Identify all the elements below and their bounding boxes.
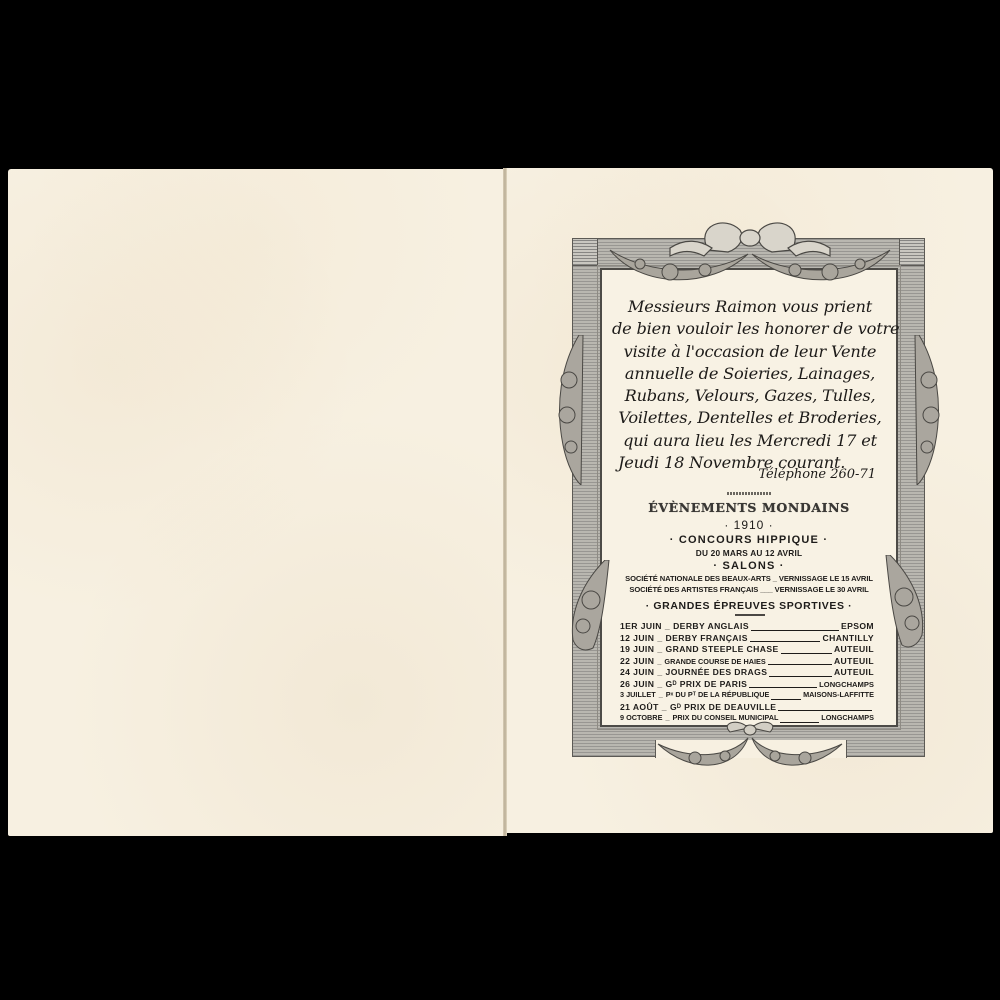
invitation-line: annuelle de Soieries, Lainages, xyxy=(612,363,888,385)
garland-ornament-bottom xyxy=(650,718,850,774)
race-name: DERBY FRANÇAIS xyxy=(666,633,748,643)
race-row: 1ER JUIN _ DERBY ANGLAIS EPSOM xyxy=(620,621,874,633)
race-dash: _ xyxy=(654,679,665,689)
race-name: Pˣ DU Pᵀ DE LA RÉPUBLIQUE xyxy=(666,690,770,699)
race-leader-line xyxy=(769,676,832,677)
race-dash: _ xyxy=(654,667,665,677)
race-place: AUTEUIL xyxy=(834,656,874,666)
concours-hippique-dates: DU 20 MARS AU 12 AVRIL xyxy=(605,548,893,558)
ornamental-divider xyxy=(727,492,771,495)
sports-title: · GRANDES ÉPREUVES SPORTIVES · xyxy=(605,600,893,612)
race-dash: _ xyxy=(654,633,665,643)
events-heading: ÉVÈNEMENTS MONDAINS xyxy=(605,500,893,515)
salon-item: SOCIÉTÉ NATIONALE DES BEAUX-ARTS _ VERNI… xyxy=(605,574,893,583)
race-place: MAISONS-LAFFITTE xyxy=(803,690,874,699)
race-leader-line xyxy=(771,699,801,700)
race-date: 9 OCTOBRE xyxy=(620,713,662,722)
left-page-blank xyxy=(8,169,503,836)
invitation-line: visite à l'occasion de leur Vente xyxy=(612,341,888,363)
race-date: 1ER JUIN xyxy=(620,621,662,631)
race-date: 21 AOÛT xyxy=(620,702,659,712)
race-row: 22 JUIN _ GRANDE COURSE DE HAIES AUTEUIL xyxy=(620,656,874,668)
invitation-text: Messieurs Raimon vous prient de bien vou… xyxy=(612,296,888,474)
race-name: GRAND STEEPLE CHASE xyxy=(666,644,779,654)
race-leader-line xyxy=(749,687,817,688)
race-dash: _ xyxy=(662,621,673,631)
race-leader-line xyxy=(768,664,832,665)
race-name: PRIX DU CONSEIL MUNICIPAL xyxy=(673,713,779,722)
invitation-line: Voilettes, Dentelles et Broderies, xyxy=(612,407,888,429)
race-date: 26 JUIN xyxy=(620,679,654,689)
race-name: Gᴰ PRIX DE DEAUVILLE xyxy=(670,702,776,712)
invitation-line: de bien vouloir les honorer de votre xyxy=(612,318,888,340)
race-date: 22 JUIN xyxy=(620,656,654,666)
race-leader-line xyxy=(780,722,819,723)
race-place: CHANTILLY xyxy=(822,633,874,643)
race-row: 24 JUIN _ JOURNÉE DES DRAGS AUTEUIL xyxy=(620,667,874,679)
race-name: DERBY ANGLAIS xyxy=(673,621,749,631)
race-place: AUTEUIL xyxy=(834,644,874,654)
race-name: JOURNÉE DES DRAGS xyxy=(666,667,768,677)
race-place: AUTEUIL xyxy=(834,667,874,677)
race-leader-line xyxy=(778,710,872,711)
race-dash: _ xyxy=(654,644,665,654)
race-place: LONGCHAMPS xyxy=(819,680,874,689)
race-row: 21 AOÛT _ Gᴰ PRIX DE DEAUVILLE xyxy=(620,702,874,714)
race-name: GRANDE COURSE DE HAIES xyxy=(664,657,765,666)
concours-hippique-title: · CONCOURS HIPPIQUE · xyxy=(605,534,893,546)
race-leader-line xyxy=(751,630,839,631)
garland-ornament-right-upper xyxy=(913,335,945,485)
race-row: 12 JUIN _ DERBY FRANÇAIS CHANTILLY xyxy=(620,633,874,645)
race-date: 19 JUIN xyxy=(620,644,654,654)
telephone-number: Téléphone 260-71 xyxy=(740,467,876,482)
invitation-line: Messieurs Raimon vous prient xyxy=(612,296,888,318)
garland-ornament-left-upper xyxy=(553,335,585,485)
race-dash: _ xyxy=(654,657,664,666)
race-row: 3 JUILLET _ Pˣ DU Pᵀ DE LA RÉPUBLIQUE MA… xyxy=(620,690,874,702)
race-place: EPSOM xyxy=(841,621,874,631)
salon-item: SOCIÉTÉ DES ARTISTES FRANÇAIS ___ VERNIS… xyxy=(605,585,893,594)
race-row: 9 OCTOBRE _ PRIX DU CONSEIL MUNICIPAL LO… xyxy=(620,713,874,725)
invitation-line: qui aura lieu les Mercredi 17 et xyxy=(612,430,888,452)
race-row: 26 JUIN _ Gᴰ PRIX DE PARIS LONGCHAMPS xyxy=(620,679,874,691)
race-row: 19 JUIN _ GRAND STEEPLE CHASE AUTEUIL xyxy=(620,644,874,656)
frame-corner-top-left xyxy=(572,238,598,266)
salons-title: · SALONS · xyxy=(605,560,893,572)
race-date: 3 JUILLET xyxy=(620,690,656,699)
invitation-line: Rubans, Velours, Gazes, Tulles, xyxy=(612,385,888,407)
race-date: 24 JUIN xyxy=(620,667,654,677)
race-date: 12 JUIN xyxy=(620,633,654,643)
race-schedule: 1ER JUIN _ DERBY ANGLAIS EPSOM 12 JUIN _… xyxy=(620,621,874,725)
race-leader-line xyxy=(781,653,832,654)
race-dash: _ xyxy=(662,713,672,722)
race-place: LONGCHAMPS xyxy=(821,713,874,722)
race-name: Gᴰ PRIX DE PARIS xyxy=(666,679,748,689)
bow-garland-ornament-top xyxy=(600,210,900,292)
race-leader-line xyxy=(750,641,821,642)
race-dash: _ xyxy=(656,690,666,699)
events-year: · 1910 · xyxy=(605,518,893,532)
race-dash: _ xyxy=(659,702,670,712)
sports-divider xyxy=(735,614,765,616)
frame-corner-top-right xyxy=(899,238,925,266)
